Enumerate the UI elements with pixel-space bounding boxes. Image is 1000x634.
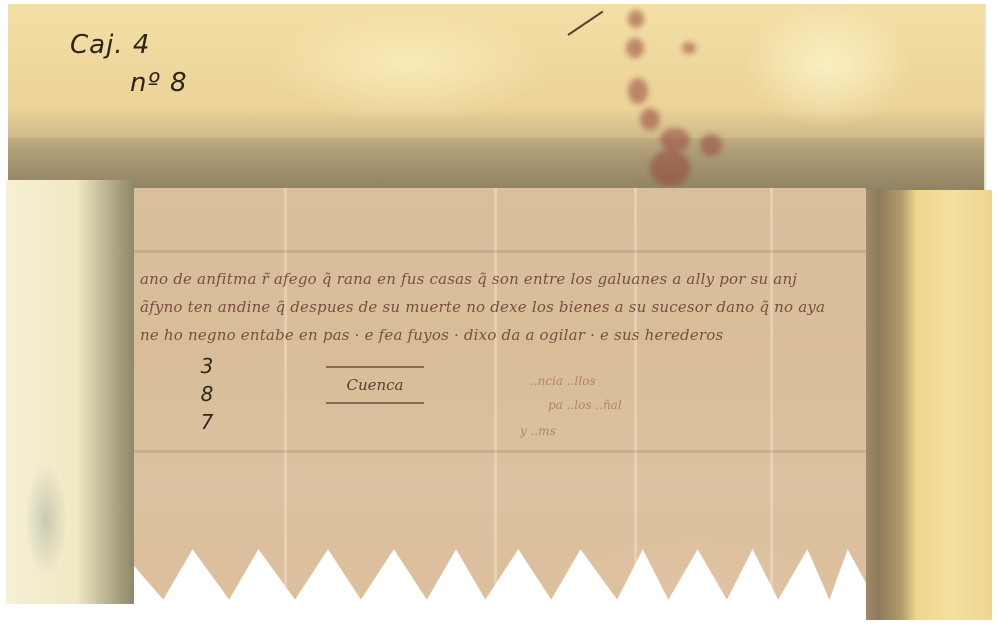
archive-label-box: Caj. 4: [70, 30, 150, 60]
stain: [640, 108, 660, 130]
endorsement-line-1: ano de anfitma r̃ afego q̃ rana en fus c…: [140, 270, 862, 288]
stain: [682, 42, 696, 54]
archive-label-number: nº 8: [130, 68, 188, 98]
numeral: 8: [196, 380, 218, 408]
parchment-photo: Caj. 4 nº 8 ano de anfitma r̃ afego q̃ r…: [0, 0, 1000, 634]
boxed-place-name: Cuenca: [326, 366, 424, 404]
stain: [650, 150, 690, 186]
stain: [700, 134, 722, 156]
margin-numerals: 3 8 7: [196, 352, 218, 436]
pinked-edge-panel: [134, 188, 866, 608]
faded-note: pa ..los ..ñal: [548, 398, 622, 412]
stain: [660, 128, 690, 152]
endorsement-line-2: ãfyno ten andine q̃ despues de su muerte…: [140, 298, 862, 316]
faded-note: y ..ms: [520, 424, 556, 438]
numeral: 7: [196, 408, 218, 436]
numeral: 3: [196, 352, 218, 380]
right-side-strip: [866, 190, 992, 620]
flap-shadow-band: [8, 138, 984, 194]
faded-note: ..ncia ..llos: [530, 374, 596, 388]
left-side-strip: [6, 180, 134, 604]
endorsement-line-3: ne ho negno entabe en pas · e fea fuyos …: [140, 326, 862, 344]
fold-line: [134, 250, 866, 253]
stain: [626, 38, 644, 58]
fold-line: [134, 450, 866, 453]
stain: [628, 78, 648, 104]
stain: [628, 10, 644, 28]
